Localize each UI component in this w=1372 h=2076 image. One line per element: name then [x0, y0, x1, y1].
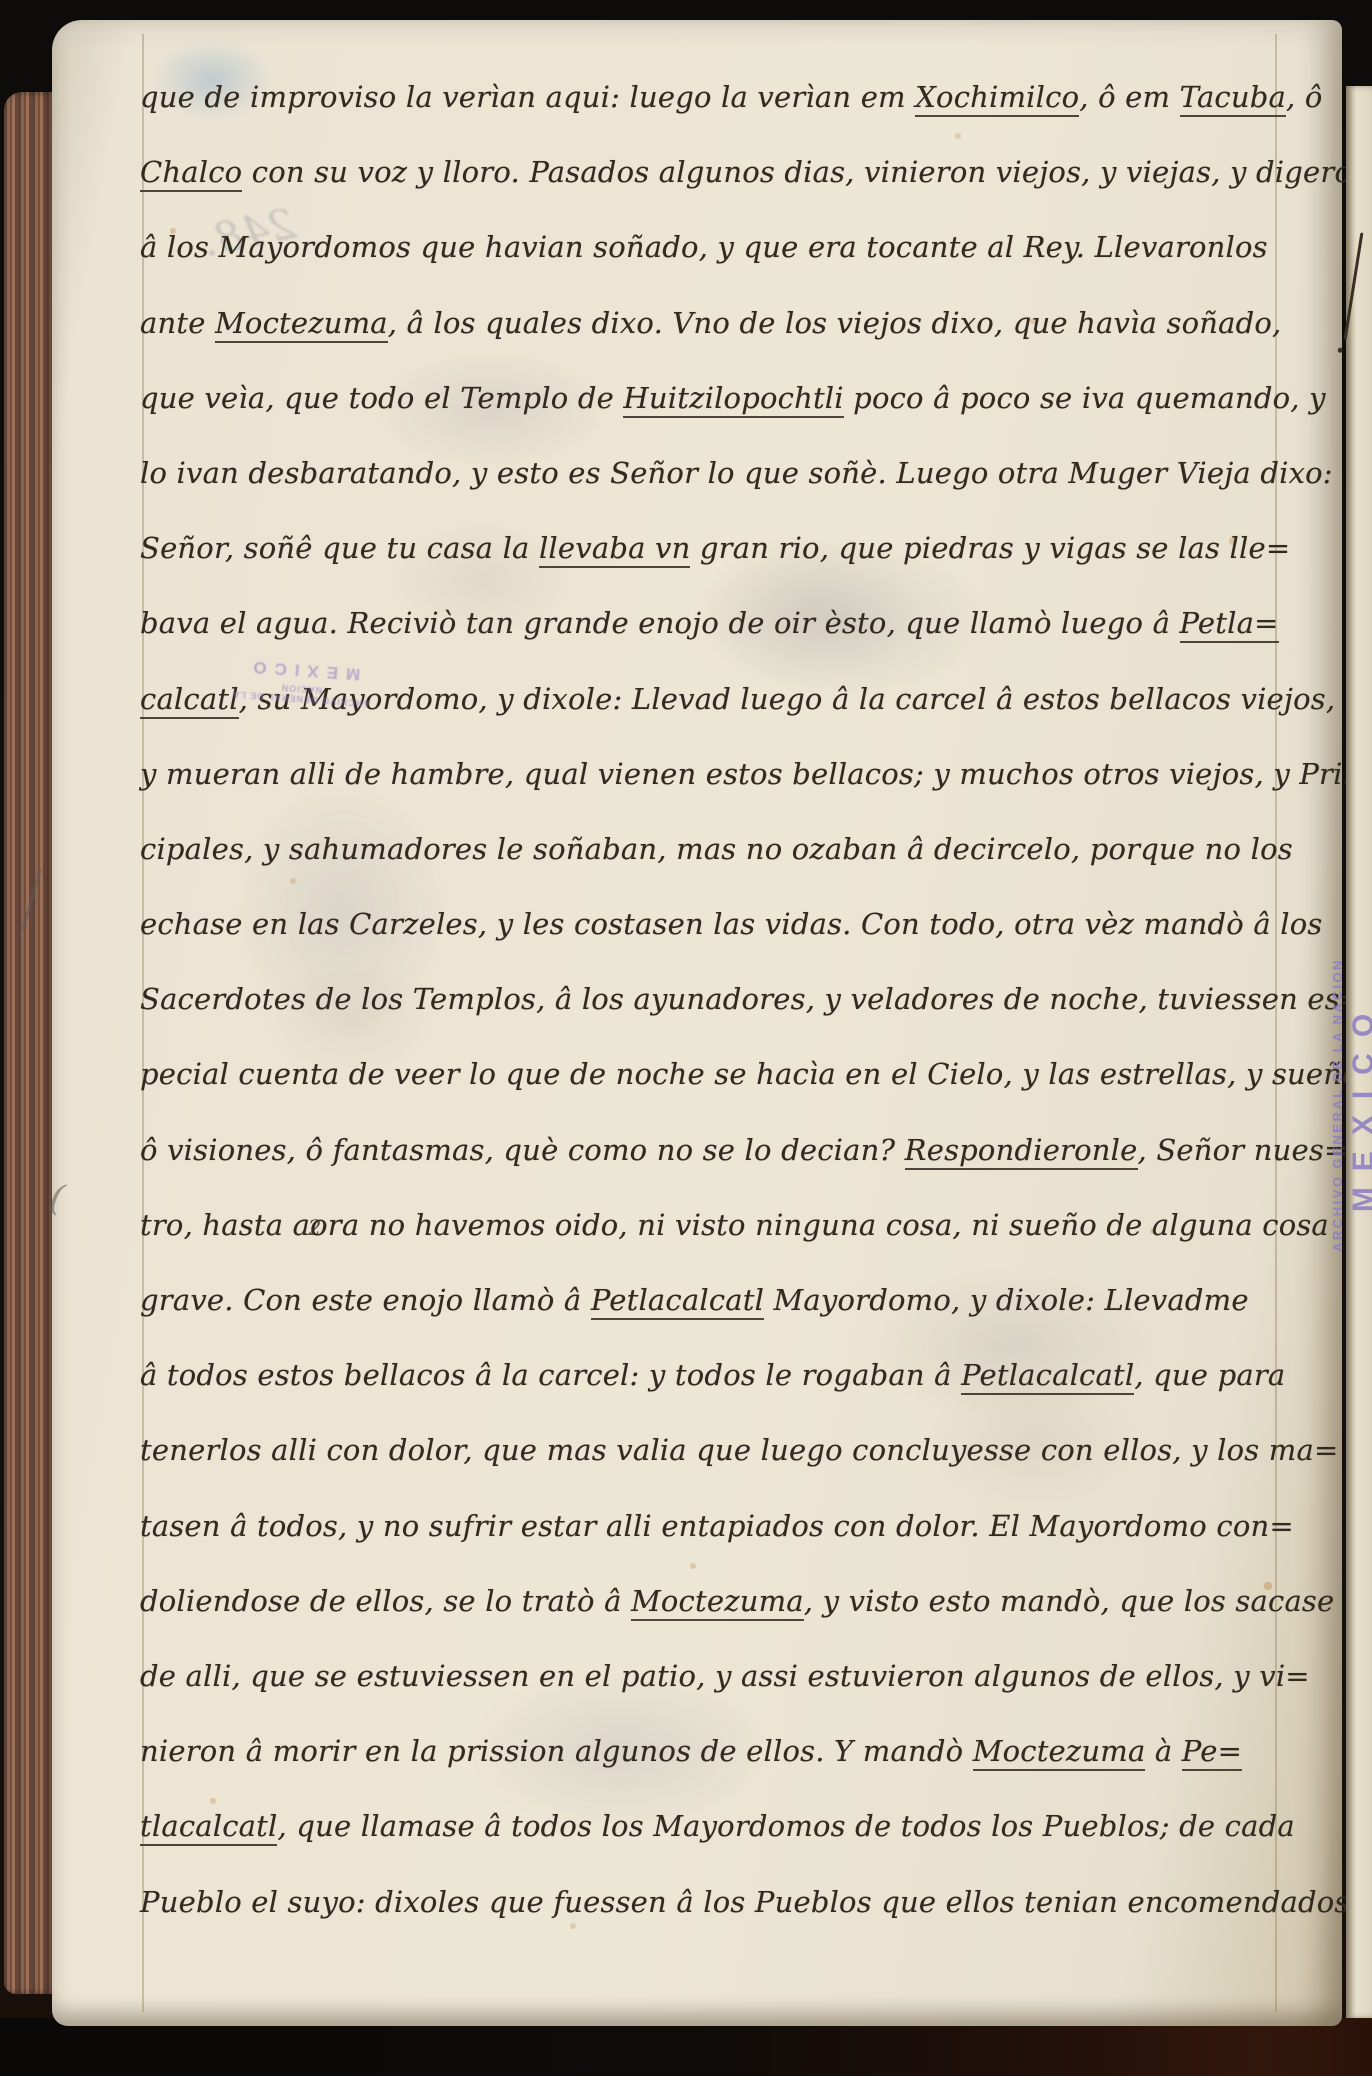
underlined-word: Moctezuma [631, 1584, 804, 1621]
archive-stamp-text: MEXICO [1347, 925, 1372, 1285]
manuscript-text-segment: lo ivan desbaratando, y esto es Señor lo… [140, 456, 1333, 490]
underlined-word: Respondieronle [905, 1133, 1138, 1170]
manuscript-line: que de improviso la verìan aqui: luego l… [140, 60, 1290, 135]
book-binding-bottom-edge [0, 2018, 1372, 2076]
photograph-background: { "page": { "kind": "handwritten-manuscr… [0, 0, 1372, 2076]
manuscript-text-segment: ô visiones, ô fantasmas, què como no se … [140, 1133, 905, 1167]
book-fore-edge-pages [4, 92, 56, 1994]
underlined-word: Petlacalcatl [591, 1283, 764, 1320]
manuscript-text-segment: que de improviso la verìan aqui: luego l… [140, 80, 915, 114]
underlined-word: Petlacalcatl [961, 1358, 1134, 1395]
manuscript-line: â los Mayordomos que havian soñado, y qu… [140, 210, 1290, 285]
manuscript-text-segment: , ô em [1079, 80, 1179, 114]
manuscript-text-segment: gran rio, que piedras y vigas se las lle… [690, 531, 1290, 565]
manuscript-text-segment: Mayordomo, y dixole: Llevadme [764, 1283, 1249, 1317]
manuscript-text-segment: con su voz y lloro. Pasados algunos dias… [242, 155, 1371, 189]
manuscript-text-segment: nieron â morir en la prission algunos de… [140, 1734, 973, 1768]
manuscript-text-segment: echase en las Carzeles, y les costasen l… [140, 907, 1322, 941]
underlined-word: Petla= [1180, 606, 1279, 643]
manuscript-text-segment: tenerlos alli con dolor, que mas valia q… [140, 1433, 1338, 1467]
manuscript-line: tlacalcatl, que llamase â todos los Mayo… [140, 1789, 1290, 1864]
underlined-word: Tacuba [1180, 80, 1286, 117]
manuscript-line: de alli, que se estuviessen en el patio,… [140, 1639, 1290, 1714]
underlined-word: Huitzilopochtli [623, 381, 843, 418]
manuscript-line: cipales, y sahumadores le soñaban, mas n… [140, 812, 1290, 887]
underlined-word: Moctezuma [973, 1734, 1146, 1771]
manuscript-text-segment: , ô [1286, 80, 1323, 114]
manuscript-text-segment: poco â poco se iva quemando, y [844, 381, 1326, 415]
manuscript-line: lo ivan desbaratando, y esto es Señor lo… [140, 436, 1290, 511]
manuscript-line: y mueran alli de hambre, qual vienen est… [140, 737, 1290, 812]
manuscript-line: grave. Con este enojo llamò â Petlacalca… [140, 1263, 1290, 1338]
manuscript-line: bava el agua. Reciviò tan grande enojo d… [140, 586, 1290, 661]
manuscript-text-segment: , su Mayordomo, y dixole: Llevad luego â… [239, 682, 1336, 716]
manuscript-line: tasen â todos, y no sufrir estar alli en… [140, 1489, 1290, 1564]
manuscript-text-segment: cipales, y sahumadores le soñaban, mas n… [140, 832, 1293, 866]
manuscript-text-segment: â todos estos bellacos â la carcel: y to… [140, 1358, 961, 1392]
manuscript-line: ô visiones, ô fantasmas, què como no se … [140, 1113, 1290, 1188]
manuscript-line: tenerlos alli con dolor, que mas valia q… [140, 1413, 1290, 1488]
manuscript-text-segment: Sacerdotes de los Templos, â los ayunado… [140, 982, 1364, 1016]
underlined-word: llevaba vn [539, 531, 691, 568]
archive-stamp-text: ARCHIVO GENERAL DE LA NACION [1330, 925, 1345, 1285]
manuscript-text-segment: â los Mayordomos que havian soñado, y qu… [140, 230, 1268, 264]
manuscript-line: doliendose de ellos, se lo tratò â Mocte… [140, 1564, 1290, 1639]
manuscript-text-segment: , â los quales dixo. Vno de los viejos d… [388, 306, 1282, 340]
manuscript-text-segment: , que para [1134, 1358, 1285, 1392]
manuscript-text: que de improviso la verìan aqui: luego l… [140, 60, 1290, 1940]
manuscript-text-segment: bava el agua. Reciviò tan grande enojo d… [140, 606, 1180, 640]
manuscript-line: Sacerdotes de los Templos, â los ayunado… [140, 962, 1290, 1037]
manuscript-text-segment: Pueblo el suyo: dixoles que fuessen â lo… [140, 1885, 1359, 1919]
manuscript-text-segment: à [1145, 1734, 1181, 1768]
archive-stamp-vertical: ARCHIVO GENERAL DE LA NACION MEXICO [1330, 925, 1372, 1285]
manuscript-text-segment: tasen â todos, y no sufrir estar alli en… [140, 1509, 1294, 1543]
manuscript-text-segment: pecial cuenta de veer lo que de noche se… [140, 1057, 1372, 1091]
underlined-word: Chalco [140, 155, 242, 192]
manuscript-line: â todos estos bellacos â la carcel: y to… [140, 1338, 1290, 1413]
manuscript-line: ante Moctezuma, â los quales dixo. Vno d… [140, 286, 1290, 361]
manuscript-text-segment: y mueran alli de hambre, qual vienen est… [140, 757, 1372, 791]
paper-aging-flecks [52, 20, 54, 22]
manuscript-line: Chalco con su voz y lloro. Pasados algun… [140, 135, 1290, 210]
underlined-word: Moctezuma [215, 306, 388, 343]
insertion-mark: 2 [308, 1216, 321, 1240]
manuscript-line: echase en las Carzeles, y les costasen l… [140, 887, 1290, 962]
manuscript-line: que veìa, que todo el Templo de Huitzilo… [140, 361, 1290, 436]
underlined-word: Pe= [1182, 1734, 1242, 1771]
underlined-word: Xochimilco [915, 80, 1079, 117]
manuscript-line: pecial cuenta de veer lo que de noche se… [140, 1037, 1290, 1112]
manuscript-text-segment: de alli, que se estuviessen en el patio,… [140, 1659, 1310, 1693]
manuscript-text-segment: , y visto esto mandò, que los sacase [804, 1584, 1335, 1618]
manuscript-text-segment: , que llamase â todos los Mayordomos de … [277, 1809, 1294, 1843]
manuscript-text-segment: ante [140, 306, 215, 340]
manuscript-line: Pueblo el suyo: dixoles que fuessen â lo… [140, 1865, 1290, 1940]
manuscript-text-segment: Señor, soñê que tu casa la [140, 531, 539, 565]
manuscript-line: nieron â morir en la prission algunos de… [140, 1714, 1290, 1789]
manuscript-page: 248. que de improviso la verìan aqui: lu… [52, 20, 1342, 2026]
manuscript-text-segment: que veìa, que todo el Templo de [140, 381, 623, 415]
manuscript-text-segment: , Señor nues= [1138, 1133, 1349, 1167]
manuscript-text-segment: grave. Con este enojo llamò â [140, 1283, 591, 1317]
underlined-word: tlacalcatl [140, 1809, 277, 1846]
manuscript-line: Señor, soñê que tu casa la llevaba vn gr… [140, 511, 1290, 586]
manuscript-text-segment: doliendose de ellos, se lo tratò â [140, 1584, 631, 1618]
